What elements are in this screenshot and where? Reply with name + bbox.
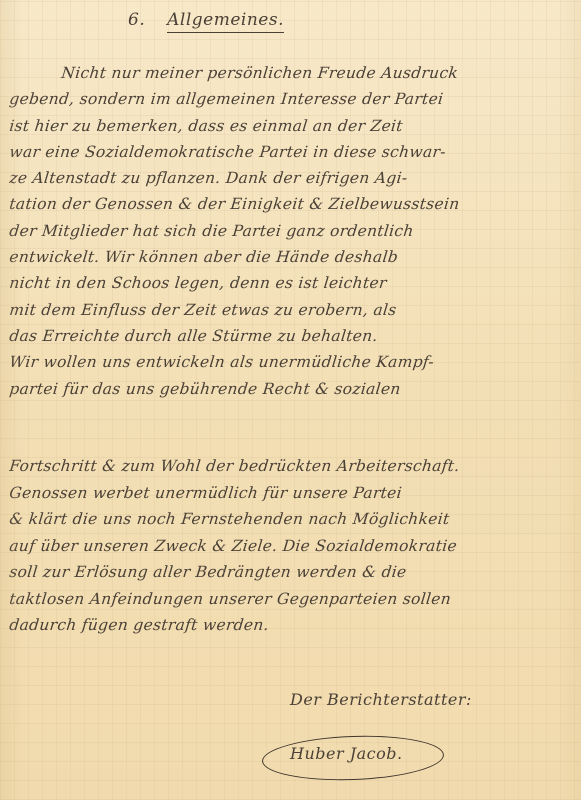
text-line: soll zur Erlösung aller Bedrängten werde…	[8, 559, 579, 586]
text-line: partei für das uns gebührende Recht & so…	[8, 376, 579, 402]
paragraph-2: Fortschritt & zum Wohl der bedrückten Ar…	[8, 453, 576, 639]
text-line: auf über unseren Zweck & Ziele. Die Sozi…	[8, 533, 579, 560]
text-line: ze Altenstadt zu pflanzen. Dank der eifr…	[8, 165, 579, 191]
text-line: Wir wollen uns entwickeln als unermüdlic…	[8, 349, 579, 375]
text-line: Genossen werbet unermüdlich für unsere P…	[8, 480, 579, 507]
text-line: Nicht nur meiner persönlichen Freude Aus…	[8, 60, 579, 86]
text-line: & klärt die uns noch Fernstehenden nach …	[8, 506, 579, 533]
text-line: tation der Genossen & der Einigkeit & Zi…	[8, 191, 579, 217]
section-heading: 6. Allgemeines.	[128, 10, 284, 30]
signature: Huber Jacob.	[290, 744, 403, 763]
text-line: war eine Sozialdemokratische Partei in d…	[8, 139, 579, 165]
text-line: der Mitglieder hat sich die Partei ganz …	[8, 218, 579, 244]
text-line: das Erreichte durch alle Stürme zu behal…	[8, 323, 579, 349]
text-line: Fortschritt & zum Wohl der bedrückten Ar…	[8, 453, 579, 480]
text-line: gebend, sondern im allgemeinen Interesse…	[8, 86, 579, 112]
text-line: mit dem Einfluss der Zeit etwas zu erobe…	[8, 297, 579, 323]
manuscript-page: 6. Allgemeines. Nicht nur meiner persönl…	[0, 0, 581, 800]
section-number: 6.	[128, 10, 145, 30]
paragraph-1: Nicht nur meiner persönlichen Freude Aus…	[8, 60, 576, 402]
text-line: dadurch fügen gestraft werden.	[8, 612, 579, 639]
section-title: Allgemeines.	[167, 10, 284, 33]
text-line: nicht in den Schoos legen, denn es ist l…	[8, 270, 579, 296]
text-line: ist hier zu bemerken, dass es einmal an …	[8, 113, 579, 139]
closing-line: Der Berichterstatter:	[290, 690, 472, 709]
text-line: entwickelt. Wir können aber die Hände de…	[8, 244, 579, 270]
text-line: taktlosen Anfeindungen unserer Gegenpart…	[8, 586, 579, 613]
